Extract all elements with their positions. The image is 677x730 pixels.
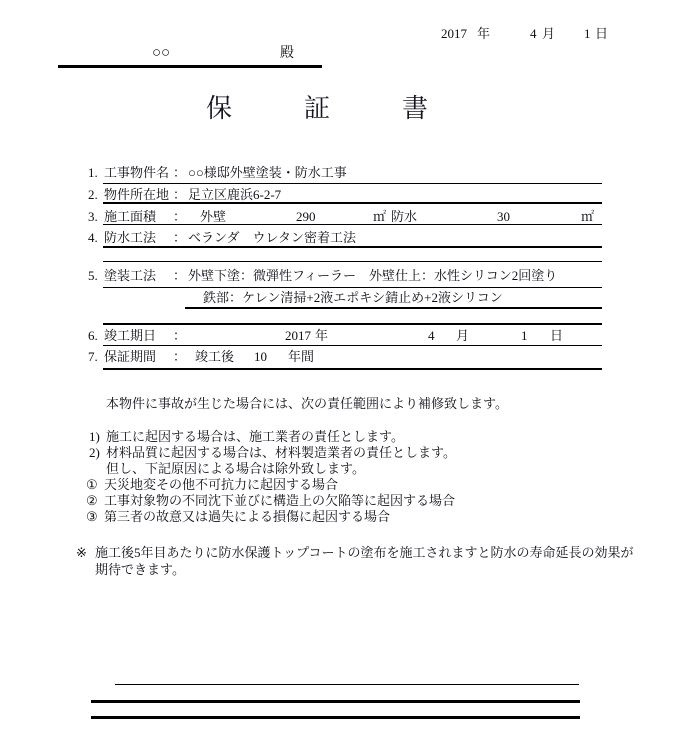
- item-6-label: 竣工期日: [104, 329, 156, 344]
- note-marker: ※: [76, 546, 87, 561]
- exclusion-1-marker: ①: [86, 478, 98, 493]
- item-4-colon: ：: [173, 231, 186, 246]
- item-3-waterproof-label: 防水: [391, 210, 417, 225]
- item-4-label: 防水工法: [104, 231, 156, 246]
- date-month-unit: 月: [542, 27, 555, 42]
- item-3-wall-label: 外壁: [200, 210, 226, 225]
- item-1-label: 工事物件名: [104, 166, 169, 181]
- item-6-top-divider: [103, 323, 602, 325]
- item-5-value-line1: 外壁下塗：微弾性フィーラー 外壁仕上：水性シリコン2回塗り: [188, 269, 557, 284]
- item-6-day: 1: [521, 329, 528, 344]
- item-6-month-unit: 月: [456, 329, 469, 344]
- warranty-document-page: 2017 年 4 月 1 日 ○○ 殿 保 証 書 1. 工事物件名 ： ○○様…: [0, 0, 677, 730]
- item-3-waterproof-area: 30: [497, 210, 510, 225]
- item-3-colon: ：: [173, 210, 186, 225]
- item-7-number: 7.: [88, 350, 98, 365]
- exclusion-2-text: 工事対象物の不同沈下並びに構造上の欠陥等に起因する場合: [104, 494, 455, 509]
- item-5-top-divider: [103, 261, 602, 262]
- exclusion-2-marker: ②: [86, 494, 98, 509]
- item-2-number: 2.: [88, 188, 98, 203]
- item-1-colon: ：: [173, 166, 186, 181]
- item-7-years-unit: 年間: [288, 350, 314, 365]
- date-day-unit: 日: [595, 27, 608, 42]
- item-5-colon: ：: [173, 269, 186, 284]
- item-7-label: 保証期間: [104, 350, 156, 365]
- page-title: 保 証 書: [206, 95, 451, 124]
- clause-1-marker: 1): [89, 430, 100, 445]
- item-6-month: 4: [428, 329, 435, 344]
- clause-2-text: 材料品質に起因する場合は、材料製造業者の責任とします。: [106, 446, 456, 461]
- item-2-label: 物件所在地: [104, 188, 169, 203]
- item-3-label: 施工面積: [104, 210, 156, 225]
- clause-exception-text: 但し、下記原因による場合は除外致します。: [106, 462, 365, 477]
- body-intro: 本物件に事故が生じた場合には、次の責任範囲により補修致します。: [106, 397, 508, 412]
- clause-1-text: 施工に起因する場合は、施工業者の責任とします。: [106, 430, 404, 445]
- item-6-colon: ：: [173, 329, 186, 344]
- item-4-divider: [103, 246, 602, 248]
- signature-line-thin: [115, 684, 579, 685]
- item-1-number: 1.: [88, 166, 98, 181]
- addressee-underline: [58, 65, 322, 68]
- item-1-value: ○○様邸外壁塗装・防水工事: [188, 166, 347, 181]
- item-7-prefix: 竣工後: [195, 350, 234, 365]
- exclusion-3-text: 第三者の故意又は過失による損傷に起因する場合: [104, 510, 390, 525]
- signature-line-thick-1: [91, 700, 580, 703]
- item-7-divider: [103, 368, 602, 370]
- date-year-unit: 年: [477, 27, 490, 42]
- item-3-divider: [103, 224, 602, 225]
- item-2-value: 足立区鹿浜6-2-7: [188, 188, 281, 203]
- item-7-years: 10: [254, 350, 267, 365]
- item-1-divider: [103, 183, 602, 184]
- addressee-name: ○○: [152, 45, 170, 62]
- clause-2-marker: 2): [89, 446, 100, 461]
- item-6-number: 6.: [88, 329, 98, 344]
- item-3-waterproof-unit: ㎡: [581, 210, 594, 225]
- note-line1: 施工後5年目あたりに防水保護トップコートの塗布を施工されますと防水の寿命延長の効…: [95, 546, 633, 561]
- item-5-label: 塗装工法: [104, 269, 156, 284]
- item-6-year: 2017: [285, 329, 311, 344]
- exclusion-3-marker: ③: [86, 510, 98, 525]
- item-3-wall-area: 290: [296, 210, 316, 225]
- item-6-divider: [103, 345, 602, 346]
- date-year: 2017: [441, 27, 467, 42]
- item-7-colon: ：: [173, 350, 186, 365]
- item-4-value: ベランダ ウレタン密着工法: [188, 231, 356, 246]
- item-6-year-unit: 年: [315, 329, 328, 344]
- item-5-bottom-divider: [185, 307, 602, 309]
- item-4-number: 4.: [88, 231, 98, 246]
- signature-line-thick-2: [91, 716, 580, 719]
- note-line2: 期待できます。: [95, 563, 185, 578]
- item-3-wall-unit: ㎡: [373, 210, 386, 225]
- item-2-divider: [103, 202, 602, 204]
- date-month: 4: [530, 27, 537, 42]
- item-5-value-line2: 鉄部：ケレン清掃+2液エポキシ錆止め+2液シリコン: [203, 291, 503, 306]
- item-5-mid-divider: [103, 287, 602, 288]
- date-day: 1: [584, 27, 591, 42]
- item-6-day-unit: 日: [550, 329, 563, 344]
- item-3-number: 3.: [88, 210, 98, 225]
- addressee-honorific: 殿: [280, 46, 294, 62]
- exclusion-1-text: 天災地変その他不可抗力に起因する場合: [104, 478, 338, 493]
- item-5-number: 5.: [88, 269, 98, 284]
- item-2-colon: ：: [173, 188, 186, 203]
